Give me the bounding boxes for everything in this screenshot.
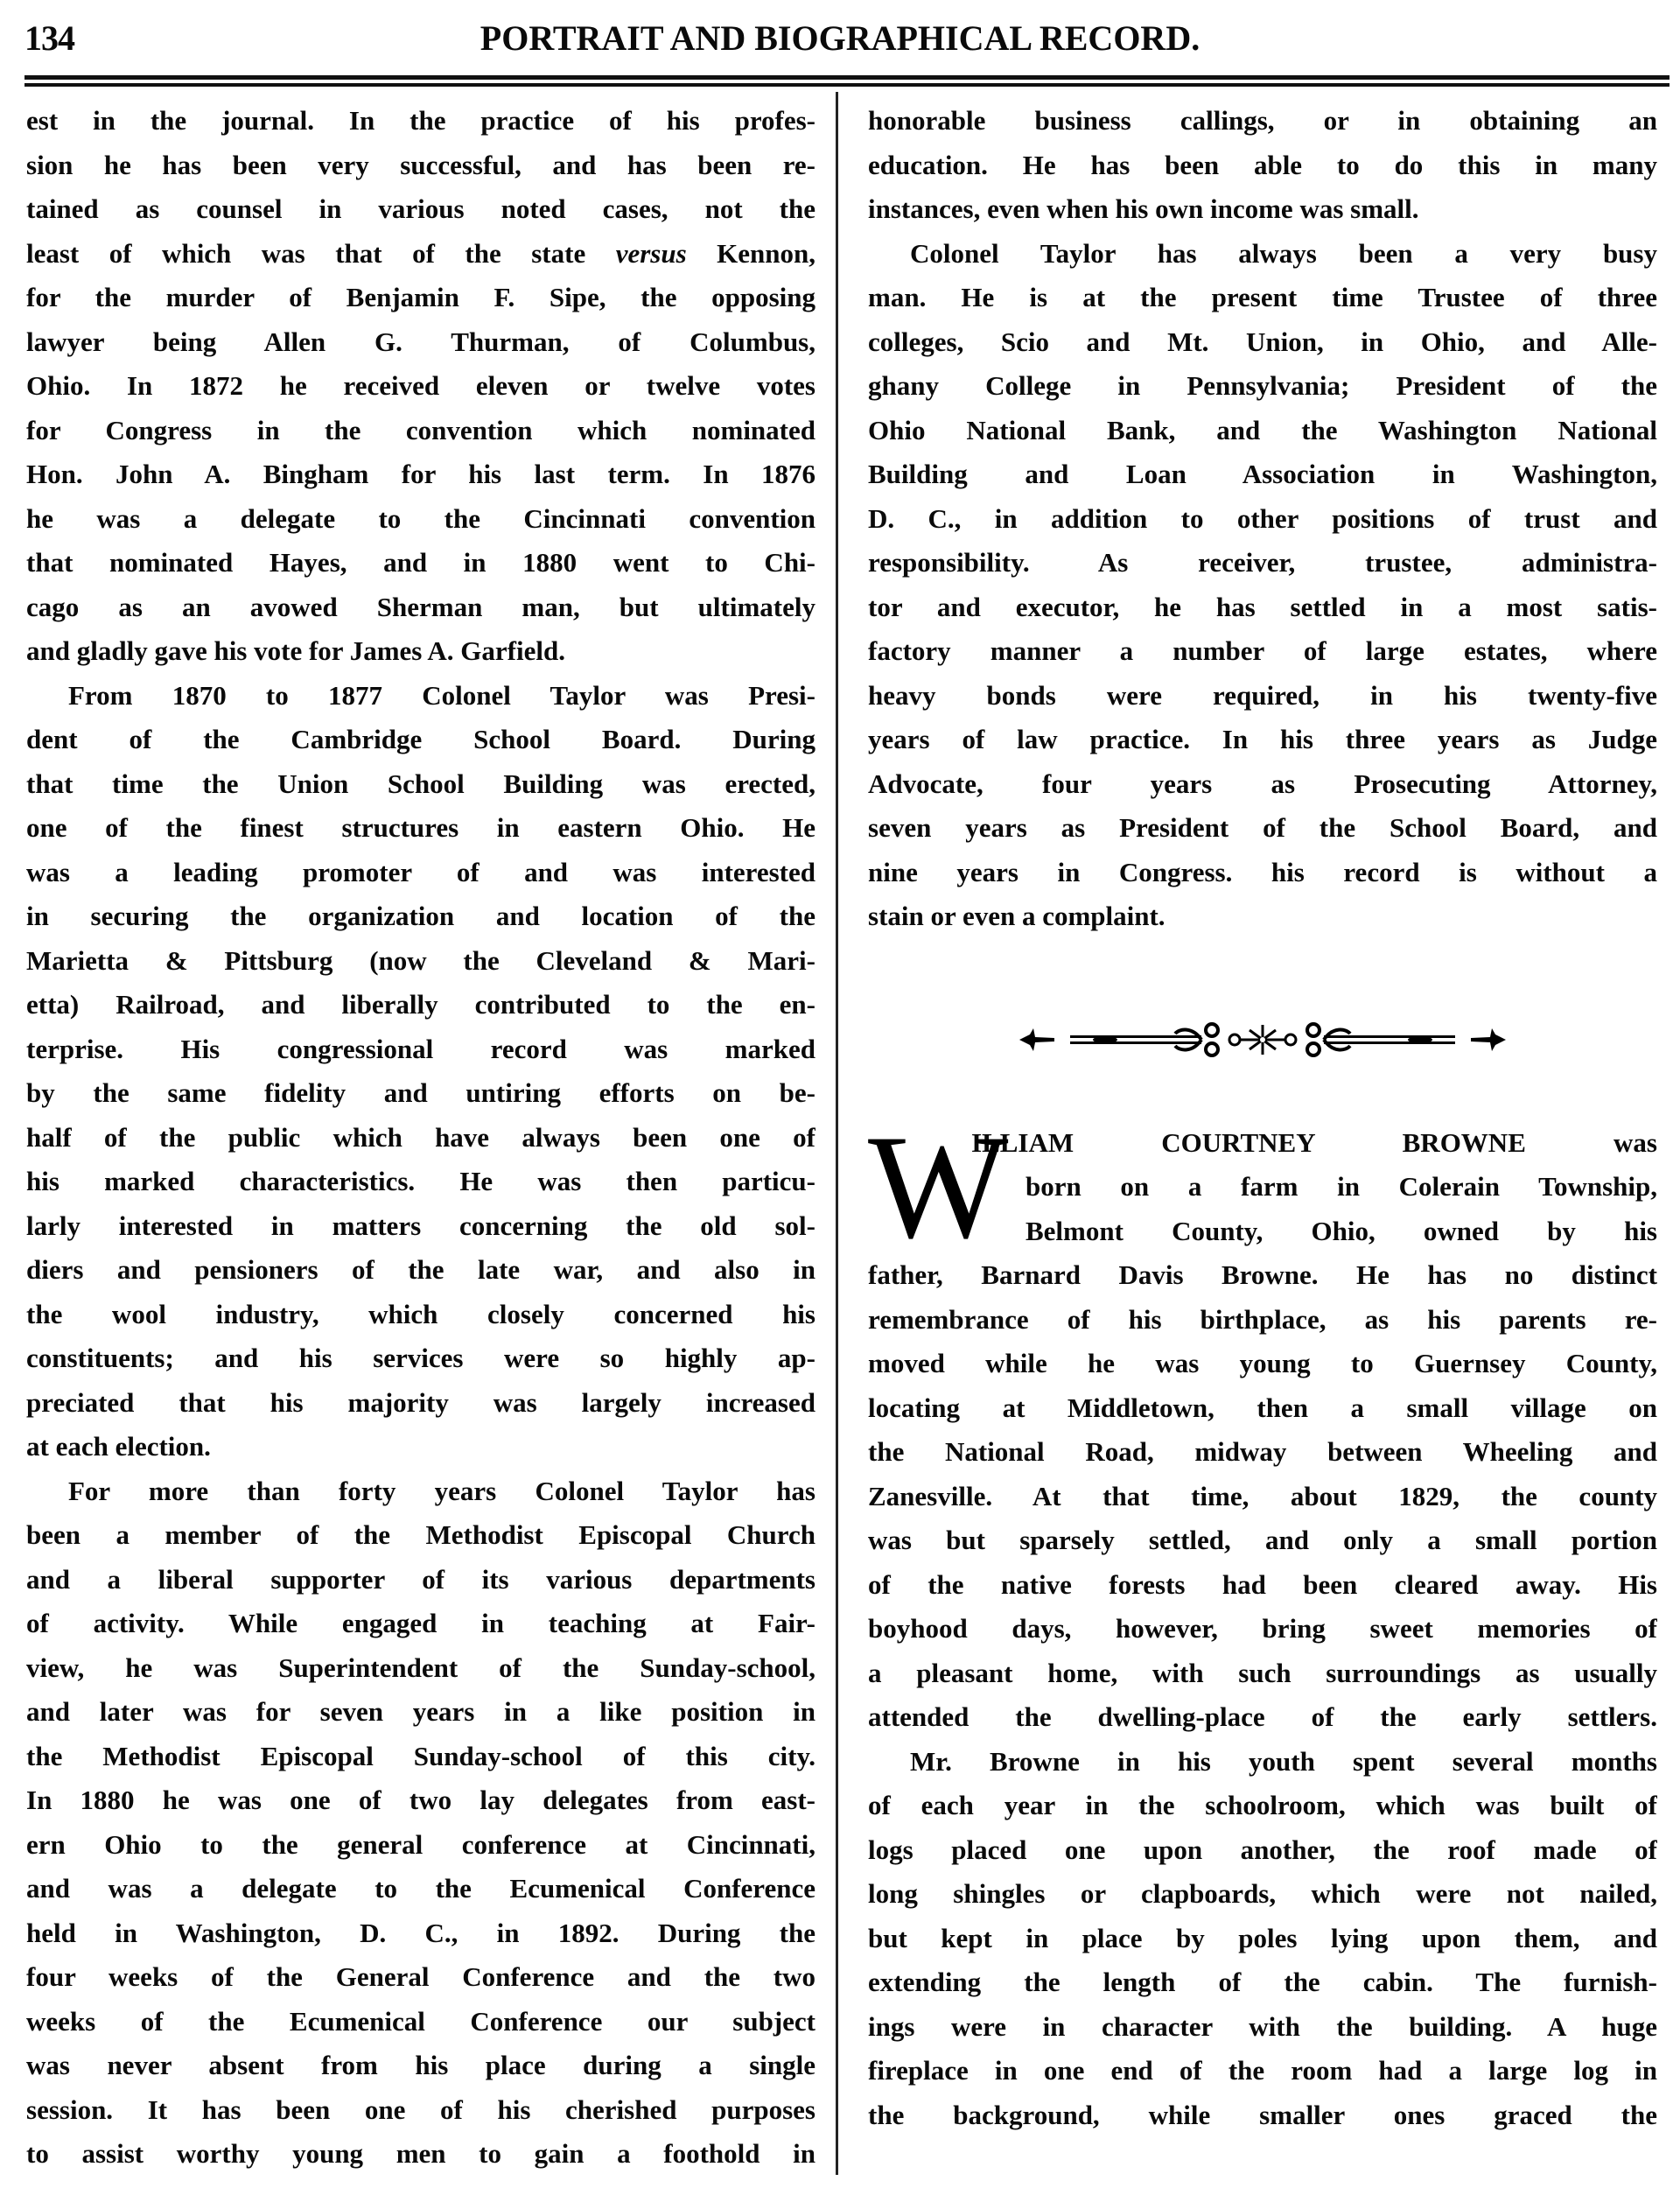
text-line: years of law practice. In his three year… — [868, 718, 1657, 762]
text-line: extending the length of the cabin. The f… — [868, 1960, 1657, 2005]
text-line: long shingles or clapboards, which were … — [868, 1872, 1657, 1917]
paragraph-start: Mr. Browne in his youth spent several mo… — [868, 1740, 1657, 1785]
text-line: the wool industry, which closely concern… — [26, 1293, 815, 1337]
text-line: heavy bonds were required, in his twenty… — [868, 674, 1657, 719]
decorative-scroll-divider-icon — [1018, 1018, 1508, 1062]
text-line: attended the dwelling-place of the early… — [868, 1695, 1657, 1740]
text-line-with-italic: least of which was that of the state ver… — [26, 232, 815, 277]
text-line: cago as an avowed Sherman man, but ultim… — [26, 586, 815, 630]
text-line: dent of the Cambridge School Board. Duri… — [26, 718, 815, 762]
text-line: by the same fidelity and untiring effort… — [26, 1071, 815, 1116]
text-line: Advocate, four years as Prosecuting Atto… — [868, 762, 1657, 807]
text-line: but kept in place by poles lying upon th… — [868, 1917, 1657, 1961]
text-line: for Congress in the convention which nom… — [26, 409, 815, 453]
text-line: Marietta & Pittsburg (now the Cleveland … — [26, 939, 815, 984]
text-line: one of the finest structures in eastern … — [26, 806, 815, 851]
text-line: responsibility. As receiver, trustee, ad… — [868, 541, 1657, 586]
paragraph-start: From 1870 to 1877 Colonel Taylor was Pre… — [26, 674, 815, 719]
text-line: ern Ohio to the general conference at Ci… — [26, 1823, 815, 1868]
text-line: the National Road, midway between Wheeli… — [868, 1430, 1657, 1475]
text-line: a pleasant home, with such surroundings … — [868, 1652, 1657, 1696]
text-line: Building and Loan Association in Washing… — [868, 452, 1657, 497]
text-line: sion he has been very successful, and ha… — [26, 144, 815, 188]
text-line: the Methodist Episcopal Sunday-school of… — [26, 1735, 815, 1779]
text-line: est in the journal. In the practice of h… — [26, 99, 815, 144]
text-line: in securing the organization and locatio… — [26, 894, 815, 939]
paragraph-start: For more than forty years Colonel Taylor… — [26, 1469, 815, 1514]
text-line: to assist worthy young men to gain a foo… — [26, 2132, 815, 2177]
text-line: weeks of the Ecumenical Conference our s… — [26, 2000, 815, 2044]
text-line: logs placed one upon another, the roof m… — [868, 1828, 1657, 1873]
section-spacer — [868, 939, 1657, 1009]
text-line: locating at Middletown, then a small vil… — [868, 1386, 1657, 1431]
text-line: of activity. While engaged in teaching a… — [26, 1602, 815, 1646]
text-line: education. He has been able to do this i… — [868, 144, 1657, 188]
text-line: larly interested in matters concerning t… — [26, 1204, 815, 1249]
text-line: his marked characteristics. He was then … — [26, 1160, 815, 1204]
text-line: ghany College in Pennsylvania; President… — [868, 364, 1657, 409]
text-line: Ohio National Bank, and the Washington N… — [868, 409, 1657, 453]
right-column: honorable business callings, or in obtai… — [868, 99, 1657, 2137]
text-line: and later was for seven years in a like … — [26, 1690, 815, 1735]
text-line: In 1880 he was one of two lay delegates … — [26, 1778, 815, 1823]
header-rule-top — [24, 75, 1669, 80]
text-line: he was a delegate to the Cincinnati conv… — [26, 497, 815, 542]
text-line: factory manner a number of large estates… — [868, 629, 1657, 674]
text-line: ings were in character with the building… — [868, 2005, 1657, 2050]
text-line: fireplace in one end of the room had a l… — [868, 2049, 1657, 2093]
text-line: boyhood days, however, bring sweet memor… — [868, 1607, 1657, 1652]
text-line: lawyer being Allen G. Thurman, of Columb… — [26, 320, 815, 365]
text-line: remembrance of his birthplace, as his pa… — [868, 1298, 1657, 1343]
text-line: tained as counsel in various noted cases… — [26, 187, 815, 232]
text-line: the background, while smaller ones grace… — [868, 2093, 1657, 2138]
text-line: and was a delegate to the Ecumenical Con… — [26, 1867, 815, 1911]
text-line: and gladly gave his vote for James A. Ga… — [26, 629, 815, 674]
text-line: Zanesville. At that time, about 1829, th… — [868, 1475, 1657, 1519]
text-line: half of the public which have always bee… — [26, 1116, 815, 1161]
text-line: honorable business callings, or in obtai… — [868, 99, 1657, 144]
text-line: D. C., in addition to other positions of… — [868, 497, 1657, 542]
text-line: view, he was Superintendent of the Sunda… — [26, 1646, 815, 1691]
text-line: seven years as President of the School B… — [868, 806, 1657, 851]
text-line: that time the Union School Building was … — [26, 762, 815, 807]
text-line: constituents; and his services were so h… — [26, 1336, 815, 1381]
text-line: instances, even when his own income was … — [868, 187, 1657, 232]
text-line: Ohio. In 1872 he received eleven or twel… — [26, 364, 815, 409]
left-column: est in the journal. In the practice of h… — [26, 99, 815, 2177]
text-line: was a leading promoter of and was intere… — [26, 851, 815, 895]
text-line: and a liberal supporter of its various d… — [26, 1558, 815, 1602]
running-title: PORTRAIT AND BIOGRAPHICAL RECORD. — [0, 18, 1680, 59]
text-line: terprise. His congressional record was m… — [26, 1027, 815, 1072]
text-line: etta) Railroad, and liberally contribute… — [26, 983, 815, 1027]
text-line: for the murder of Benjamin F. Sipe, the … — [26, 276, 815, 320]
text-line: four weeks of the General Conference and… — [26, 1955, 815, 2000]
italic-emphasis: versus — [616, 238, 687, 269]
text-line: been a member of the Methodist Episcopal… — [26, 1513, 815, 1558]
text-line: of the native forests had been cleared a… — [868, 1563, 1657, 1608]
text-line: nine years in Congress. his record is wi… — [868, 851, 1657, 895]
text-line: colleges, Scio and Mt. Union, in Ohio, a… — [868, 320, 1657, 365]
text-line: that nominated Hayes, and in 1880 went t… — [26, 541, 815, 586]
biography-opening: W ILLIAM COURTNEY BROWNE was born on a f… — [868, 1121, 1657, 1254]
text-line: moved while he was young to Guernsey Cou… — [868, 1342, 1657, 1386]
text-line: diers and pensioners of the late war, an… — [26, 1248, 815, 1293]
paragraph-start: Colonel Taylor has always been a very bu… — [868, 232, 1657, 277]
text-line: Hon. John A. Bingham for his last term. … — [26, 452, 815, 497]
header-rule-bottom — [24, 83, 1669, 87]
text-line: was but sparsely settled, and only a sma… — [868, 1518, 1657, 1563]
text-line: at each election. — [26, 1425, 815, 1469]
drop-cap-initial: W — [868, 1121, 1008, 1252]
text-line: was never absent from his place during a… — [26, 2044, 815, 2088]
text-line: stain or even a complaint. — [868, 894, 1657, 939]
text-line: held in Washington, D. C., in 1892. Duri… — [26, 1911, 815, 1956]
text-line: of each year in the schoolroom, which wa… — [868, 1784, 1657, 1828]
text-line: session. It has been one of his cherishe… — [26, 2088, 815, 2133]
text-line: man. He is at the present time Trustee o… — [868, 276, 1657, 320]
text-line: tor and executor, he has settled in a mo… — [868, 586, 1657, 630]
text-line: preciated that his majority was largely … — [26, 1381, 815, 1426]
column-divider — [836, 92, 838, 2175]
